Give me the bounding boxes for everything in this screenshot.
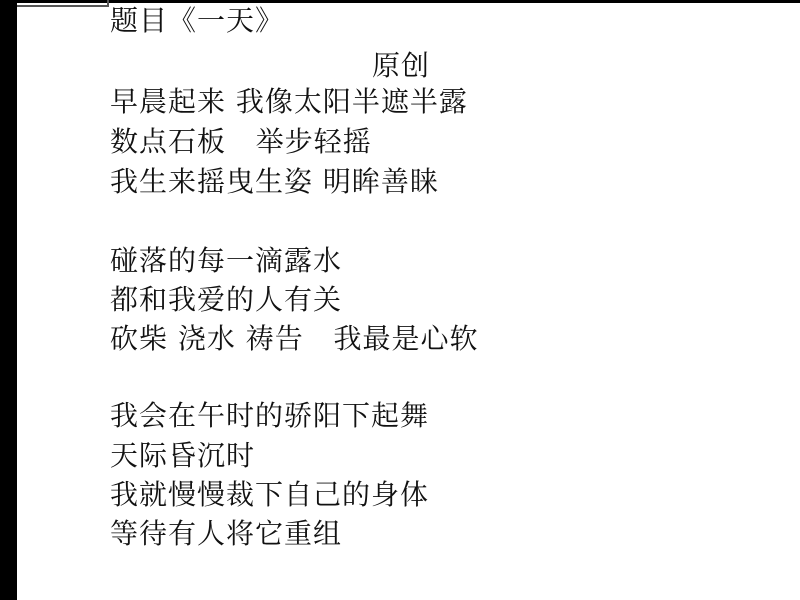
poem-line: 碰落的每一滴露水 [110, 243, 342, 279]
poem-line: 都和我爱的人有关 [110, 282, 342, 318]
poem-line: 砍柴 浇水 祷告 我最是心软 [110, 321, 479, 357]
poem-line: 天际昏沉时 [110, 438, 255, 474]
poem-line: 数点石板 举步轻摇 [110, 124, 372, 160]
poem-line: 我就慢慢裁下自己的身体 [110, 477, 429, 513]
poem-line: 我生来摇曳生姿 明眸善睐 [110, 164, 439, 200]
poem-line: 早晨起来 我像太阳半遮半露 [110, 84, 468, 120]
poem-title: 题目《一天》 [110, 3, 284, 39]
poem-page: 题目《一天》 原创 早晨起来 我像太阳半遮半露 数点石板 举步轻摇 我生来摇曳生… [0, 0, 800, 600]
poem-line: 等待有人将它重组 [110, 516, 342, 552]
poem-line: 我会在午时的骄阳下起舞 [110, 398, 429, 434]
poem-author: 原创 [372, 48, 430, 84]
